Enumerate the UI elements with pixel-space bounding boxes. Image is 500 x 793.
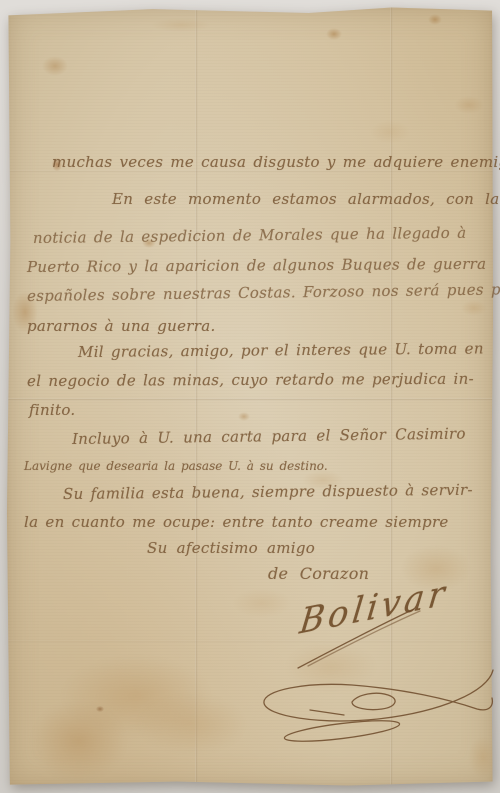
stain bbox=[326, 28, 342, 40]
stain bbox=[468, 736, 498, 778]
letter-line-11: Lavigne que desearia la pasase U. à su d… bbox=[24, 459, 328, 473]
letter-sheet bbox=[6, 6, 494, 787]
fold-crease-horizontal-middle bbox=[6, 398, 494, 401]
stain bbox=[42, 56, 68, 76]
letter-line-9: finito. bbox=[29, 401, 75, 419]
stain bbox=[428, 14, 442, 25]
stain bbox=[232, 588, 292, 618]
stain bbox=[286, 642, 376, 692]
fold-crease-horizontal-bottom bbox=[6, 640, 494, 643]
letter-line-6: pararnos à una guerra. bbox=[27, 317, 216, 335]
stain bbox=[454, 96, 484, 114]
letter-line-2: En este momento estamos alarmados, con l… bbox=[112, 190, 500, 208]
stain bbox=[151, 18, 211, 32]
stain bbox=[31, 701, 126, 781]
closing-line-1: Su afectisimo amigo bbox=[147, 539, 315, 557]
stain bbox=[96, 706, 104, 712]
letter-line-13: la en cuanto me ocupe: entre tanto cream… bbox=[24, 513, 449, 531]
stain bbox=[61, 656, 211, 736]
letter-line-4: Puerto Rico y la aparicion de algunos Bu… bbox=[27, 255, 486, 276]
fold-crease-vertical-left bbox=[195, 6, 198, 787]
stain bbox=[238, 412, 250, 421]
closing-line-2: de Corazon bbox=[268, 564, 369, 583]
stain bbox=[461, 300, 487, 316]
fold-crease-vertical-right bbox=[390, 6, 393, 787]
photograph-background bbox=[0, 0, 500, 793]
letter-line-8: el negocio de las minas, cuyo retardo me… bbox=[27, 370, 474, 390]
letter-line-1: muchas veces me causa disgusto y me adqu… bbox=[52, 153, 500, 171]
stain bbox=[136, 694, 246, 754]
letter-line-7: Mil gracias, amigo, por el interes que U… bbox=[78, 339, 484, 361]
